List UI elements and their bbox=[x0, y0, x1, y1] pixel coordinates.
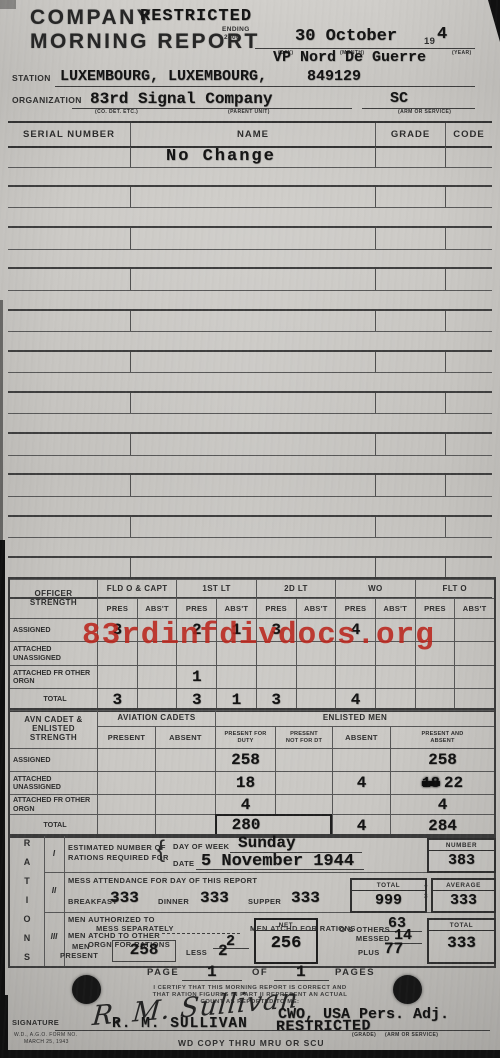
roster-blank-row bbox=[8, 352, 492, 393]
tick bbox=[445, 393, 446, 413]
men-present-label-1: MEN bbox=[72, 943, 90, 951]
subcol-present-for-duty: PRESENT FOR DUTY bbox=[215, 726, 275, 748]
tick bbox=[375, 352, 376, 372]
subcol-pres: PRES bbox=[415, 598, 455, 618]
cell bbox=[155, 771, 215, 794]
tick bbox=[445, 517, 446, 537]
subcol-pres: PRES bbox=[97, 598, 137, 618]
cell bbox=[155, 794, 215, 814]
col-grade: GRADE bbox=[375, 123, 445, 146]
tick bbox=[375, 228, 376, 248]
cell bbox=[454, 688, 494, 710]
plus-value: 77 bbox=[384, 940, 403, 958]
part-three-numeral: III bbox=[44, 932, 64, 941]
tick bbox=[375, 434, 376, 454]
tick bbox=[445, 147, 446, 167]
letter: I bbox=[26, 895, 29, 905]
cell bbox=[275, 794, 332, 814]
wd-copy-note: WD COPY THRU MRU OR SCU bbox=[178, 1039, 325, 1048]
divide-by: 3 bbox=[424, 893, 428, 900]
roster-blank-row bbox=[8, 311, 492, 352]
subcol-pres: PRES bbox=[256, 598, 296, 618]
tick bbox=[445, 187, 446, 207]
tick bbox=[375, 187, 376, 207]
subcol-present: PRESENT bbox=[97, 726, 155, 748]
subcol-absent: ABSENT bbox=[332, 726, 390, 748]
roster-blank-row bbox=[8, 475, 492, 516]
subcol-pres: PRES bbox=[335, 598, 375, 618]
scan-edge-left bbox=[0, 540, 5, 1058]
rations-total-box: TOTAL 333 bbox=[427, 918, 496, 964]
letter: O bbox=[23, 914, 30, 924]
subcol-abst: ABS'T bbox=[375, 598, 415, 618]
cell bbox=[275, 748, 332, 771]
rations-section: R A T I O N S I II III ESTIMATED NUMBER … bbox=[8, 834, 496, 968]
day-of-week-label: DAY OF WEEK bbox=[173, 843, 230, 851]
group-fldo-capt: FLD O & CAPT bbox=[97, 579, 176, 598]
ending-2400-label: 2400 bbox=[224, 34, 240, 41]
station-rule bbox=[55, 86, 475, 87]
day-of-week-value: Sunday bbox=[238, 834, 296, 852]
row-label: ATTACHED UNASSIGNED bbox=[10, 771, 97, 794]
subcol-abst: ABS'T bbox=[137, 598, 177, 618]
o-others-label-2: MESSED bbox=[320, 935, 390, 943]
scan-edge-bottom bbox=[0, 1050, 500, 1058]
rations-vertical-label: R A T I O N S bbox=[10, 838, 44, 962]
subcol-absent: ABSENT bbox=[155, 726, 215, 748]
mess-average-box: AVERAGE 333 bbox=[431, 878, 496, 913]
station-value: LUXEMBOURG, LUXEMBOURG, bbox=[60, 68, 267, 85]
letter: N bbox=[24, 933, 31, 943]
less-value: 2 bbox=[218, 942, 228, 960]
corrected-value: 22 bbox=[444, 774, 463, 792]
scan-corner-top-right bbox=[484, 0, 500, 42]
report-date-value: 30 October bbox=[295, 27, 397, 46]
tick bbox=[375, 475, 376, 495]
cell bbox=[97, 794, 155, 814]
parent-unit-sublabel: (PARENT UNIT) bbox=[228, 110, 270, 116]
cell bbox=[155, 748, 215, 771]
cell-total-present-for-duty: 280 bbox=[215, 814, 275, 836]
cell: 3 bbox=[97, 688, 137, 710]
cell bbox=[296, 688, 336, 710]
tick bbox=[375, 147, 376, 167]
net-box: NET 256 bbox=[254, 918, 318, 964]
part-two-numeral: II bbox=[44, 886, 64, 895]
atchd-other-label-1: MEN ATCHD TO OTHER bbox=[68, 932, 160, 940]
row-label: TOTAL bbox=[10, 688, 97, 710]
cell bbox=[454, 665, 494, 688]
tick bbox=[375, 558, 376, 578]
cell bbox=[335, 665, 375, 688]
cell: 1 bbox=[216, 688, 256, 710]
cell: 4 bbox=[390, 794, 494, 814]
roster-entry-row: No Change bbox=[8, 147, 492, 187]
punch-hole-right bbox=[393, 975, 422, 1004]
breakfast-value: 333 bbox=[110, 889, 139, 907]
divider bbox=[64, 836, 65, 966]
tick bbox=[375, 269, 376, 289]
cell: 1 bbox=[176, 665, 216, 688]
year-sublabel: (YEAR) bbox=[452, 51, 472, 57]
roster-entry-no-change: No Change bbox=[166, 147, 276, 166]
coordinate-code: VP Nord De Guerre bbox=[273, 49, 426, 66]
subcol-abst: ABS'T bbox=[454, 598, 494, 618]
roster-blank-row bbox=[8, 434, 492, 475]
men-present-box: 258 bbox=[112, 940, 176, 962]
roster-body: No Change bbox=[8, 147, 492, 599]
col-name: NAME bbox=[130, 123, 375, 146]
group-2d-lt: 2D LT bbox=[256, 579, 335, 598]
authorized-label-1: MEN AUTHORIZED TO bbox=[68, 916, 155, 924]
subcol-present-not-for-duty: PRESENT NOT FOR DT bbox=[275, 726, 332, 748]
arm-service-sublabel: (ARM OR SERVICE) bbox=[398, 110, 451, 116]
tick bbox=[375, 311, 376, 331]
tick bbox=[445, 269, 446, 289]
subcol-pres: PRES bbox=[176, 598, 216, 618]
scan-corner-bottom-left bbox=[0, 995, 8, 1058]
o-others-label-1: O & OTHERS bbox=[320, 926, 390, 934]
cell bbox=[275, 771, 332, 794]
tick bbox=[445, 311, 446, 331]
number-label: NUMBER bbox=[429, 840, 494, 851]
grade-sublabel: (GRADE) bbox=[352, 1033, 376, 1039]
letter: A bbox=[24, 857, 31, 867]
men-present-value: 258 bbox=[130, 941, 159, 959]
plus-label: PLUS bbox=[358, 949, 380, 957]
tick bbox=[375, 517, 376, 537]
enlisted-strength-table: AVN CADET & ENLISTED STRENGTH AVIATION C… bbox=[8, 708, 496, 838]
tick bbox=[445, 558, 446, 578]
page-label: PAGE bbox=[147, 968, 179, 978]
cell bbox=[332, 794, 390, 814]
subcol-abst: ABS'T bbox=[296, 598, 336, 618]
cell bbox=[454, 618, 494, 641]
tick bbox=[445, 434, 446, 454]
scan-edge-left-faint bbox=[0, 300, 3, 540]
estimated-label-1: ESTIMATED NUMBER OF bbox=[68, 844, 166, 852]
row-label: ASSIGNED bbox=[10, 748, 97, 771]
cell bbox=[256, 665, 296, 688]
number-value: 383 bbox=[429, 851, 494, 869]
col-code: CODE bbox=[445, 123, 492, 146]
cell: 258 bbox=[215, 748, 275, 771]
cell bbox=[137, 665, 177, 688]
cell bbox=[415, 688, 455, 710]
total-label: TOTAL bbox=[352, 880, 425, 891]
cell bbox=[454, 641, 494, 665]
cell bbox=[137, 688, 177, 710]
cell bbox=[415, 665, 455, 688]
supper-label: SUPPER bbox=[248, 898, 281, 906]
cell: 18 bbox=[215, 771, 275, 794]
cell: 4 bbox=[215, 794, 275, 814]
group-1st-lt: 1ST LT bbox=[176, 579, 255, 598]
cell bbox=[97, 814, 155, 836]
struck-out-value: 18 bbox=[422, 775, 440, 792]
letter: T bbox=[24, 876, 30, 886]
mess-attendance-label: MESS ATTENDANCE FOR DAY OF THIS REPORT bbox=[68, 877, 257, 885]
tick bbox=[445, 228, 446, 248]
morning-report-document: COMPANY RESTRICTED MORNING REPORT ENDING… bbox=[0, 0, 500, 1058]
cell: 3 bbox=[256, 688, 296, 710]
cell bbox=[97, 771, 155, 794]
station-coordinates: 849129 bbox=[307, 68, 361, 85]
cell: 4 bbox=[332, 771, 390, 794]
total-value: 999 bbox=[352, 891, 425, 909]
cell bbox=[375, 665, 415, 688]
roster-blank-row bbox=[8, 228, 492, 269]
group-aviation-cadets: AVIATION CADETS bbox=[97, 710, 215, 726]
cell: 258 bbox=[390, 748, 494, 771]
row-label: TOTAL bbox=[10, 814, 97, 836]
page-number: 1 bbox=[207, 963, 217, 981]
average-label: AVERAGE bbox=[433, 880, 494, 891]
cell bbox=[296, 665, 336, 688]
roster-blank-row bbox=[8, 269, 492, 310]
total-label: TOTAL bbox=[429, 920, 494, 931]
scan-corner-top-left bbox=[0, 0, 16, 9]
tick bbox=[445, 352, 446, 372]
signature-rule bbox=[55, 1030, 490, 1031]
pages-total: 1 bbox=[296, 963, 306, 981]
dinner-label: DINNER bbox=[158, 898, 189, 906]
cell bbox=[97, 665, 137, 688]
signature-label: SIGNATURE bbox=[12, 1019, 59, 1027]
cell: 4 bbox=[332, 814, 390, 836]
cell-corrected: 18 22 bbox=[390, 771, 494, 794]
cell bbox=[97, 748, 155, 771]
cell: 4 bbox=[335, 688, 375, 710]
net-label: NET bbox=[256, 920, 316, 931]
station-label: STATION bbox=[12, 74, 51, 83]
organization-value: 83rd Signal Company bbox=[90, 90, 272, 108]
subcol-present-and-absent: PRESENT AND ABSENT bbox=[390, 726, 494, 748]
co-det-sublabel: (CO. DET. ETC.) bbox=[95, 110, 138, 116]
roster-blank-row bbox=[8, 187, 492, 228]
officer-strength-title: OFFICER STRENGTH bbox=[10, 579, 97, 618]
pages-label: PAGES bbox=[335, 968, 375, 978]
tick bbox=[445, 475, 446, 495]
branch-value: SC bbox=[390, 90, 408, 107]
tick bbox=[375, 393, 376, 413]
organization-label: ORGANIZATION bbox=[12, 96, 82, 105]
letter: R bbox=[24, 838, 31, 848]
date-label: DATE bbox=[173, 860, 194, 868]
rations-number-box: NUMBER 383 bbox=[427, 838, 496, 873]
cell bbox=[216, 665, 256, 688]
form-title-line1: COMPANY bbox=[30, 6, 153, 30]
brace: { bbox=[157, 837, 165, 863]
arm-service-sublabel: (ARM OR SERVICE) bbox=[385, 1033, 438, 1039]
roster-header-row: SERIAL NUMBER NAME GRADE CODE bbox=[8, 121, 492, 148]
cell: 3 bbox=[176, 688, 216, 710]
dinner-value: 333 bbox=[200, 889, 229, 907]
cell bbox=[155, 814, 215, 836]
net-value: 256 bbox=[256, 931, 316, 953]
year-typed: 4 bbox=[437, 25, 447, 44]
of-label: OF bbox=[252, 968, 268, 978]
col-serial-number: SERIAL NUMBER bbox=[8, 123, 130, 146]
mess-total-box: TOTAL 999 bbox=[350, 878, 427, 913]
roster-blank-row bbox=[8, 517, 492, 558]
ending-label: ENDING bbox=[222, 26, 250, 33]
form-number: W.D., A.G.O. FORM NO. bbox=[14, 1033, 77, 1039]
year-printed: 19 bbox=[424, 37, 435, 47]
divider bbox=[8, 966, 492, 967]
rule bbox=[196, 869, 364, 870]
part-one-numeral: I bbox=[44, 849, 64, 858]
classification-stamp-top: RESTRICTED bbox=[140, 7, 252, 26]
form-date: MARCH 25, 1943 bbox=[24, 1040, 69, 1046]
men-present-label-2: PRESENT bbox=[60, 952, 98, 960]
group-wo: WO bbox=[335, 579, 414, 598]
letter: S bbox=[24, 952, 30, 962]
divide-sign: ÷ bbox=[424, 883, 428, 890]
enlisted-strength-title: AVN CADET & ENLISTED STRENGTH bbox=[10, 710, 97, 748]
cell bbox=[332, 748, 390, 771]
group-enlisted-men: ENLISTED MEN bbox=[215, 710, 494, 726]
supper-value: 333 bbox=[291, 889, 320, 907]
cell: 284 bbox=[390, 814, 494, 836]
cell bbox=[375, 688, 415, 710]
cell bbox=[275, 814, 332, 836]
total-value: 333 bbox=[429, 931, 494, 952]
average-value: 333 bbox=[433, 891, 494, 909]
watermark-text: 83rdinfdivdocs.org bbox=[82, 618, 435, 653]
row-label: ATTACHED FR OTHER ORGN bbox=[10, 794, 97, 814]
less-label: LESS bbox=[186, 949, 207, 957]
estimated-label-2: RATIONS REQUIRED FOR bbox=[68, 854, 169, 862]
row-label: ATTACHED FR OTHER ORGN bbox=[10, 665, 97, 688]
roster-blank-row bbox=[8, 393, 492, 434]
subcol-abst: ABS'T bbox=[216, 598, 256, 618]
group-flt-o: FLT O bbox=[415, 579, 494, 598]
